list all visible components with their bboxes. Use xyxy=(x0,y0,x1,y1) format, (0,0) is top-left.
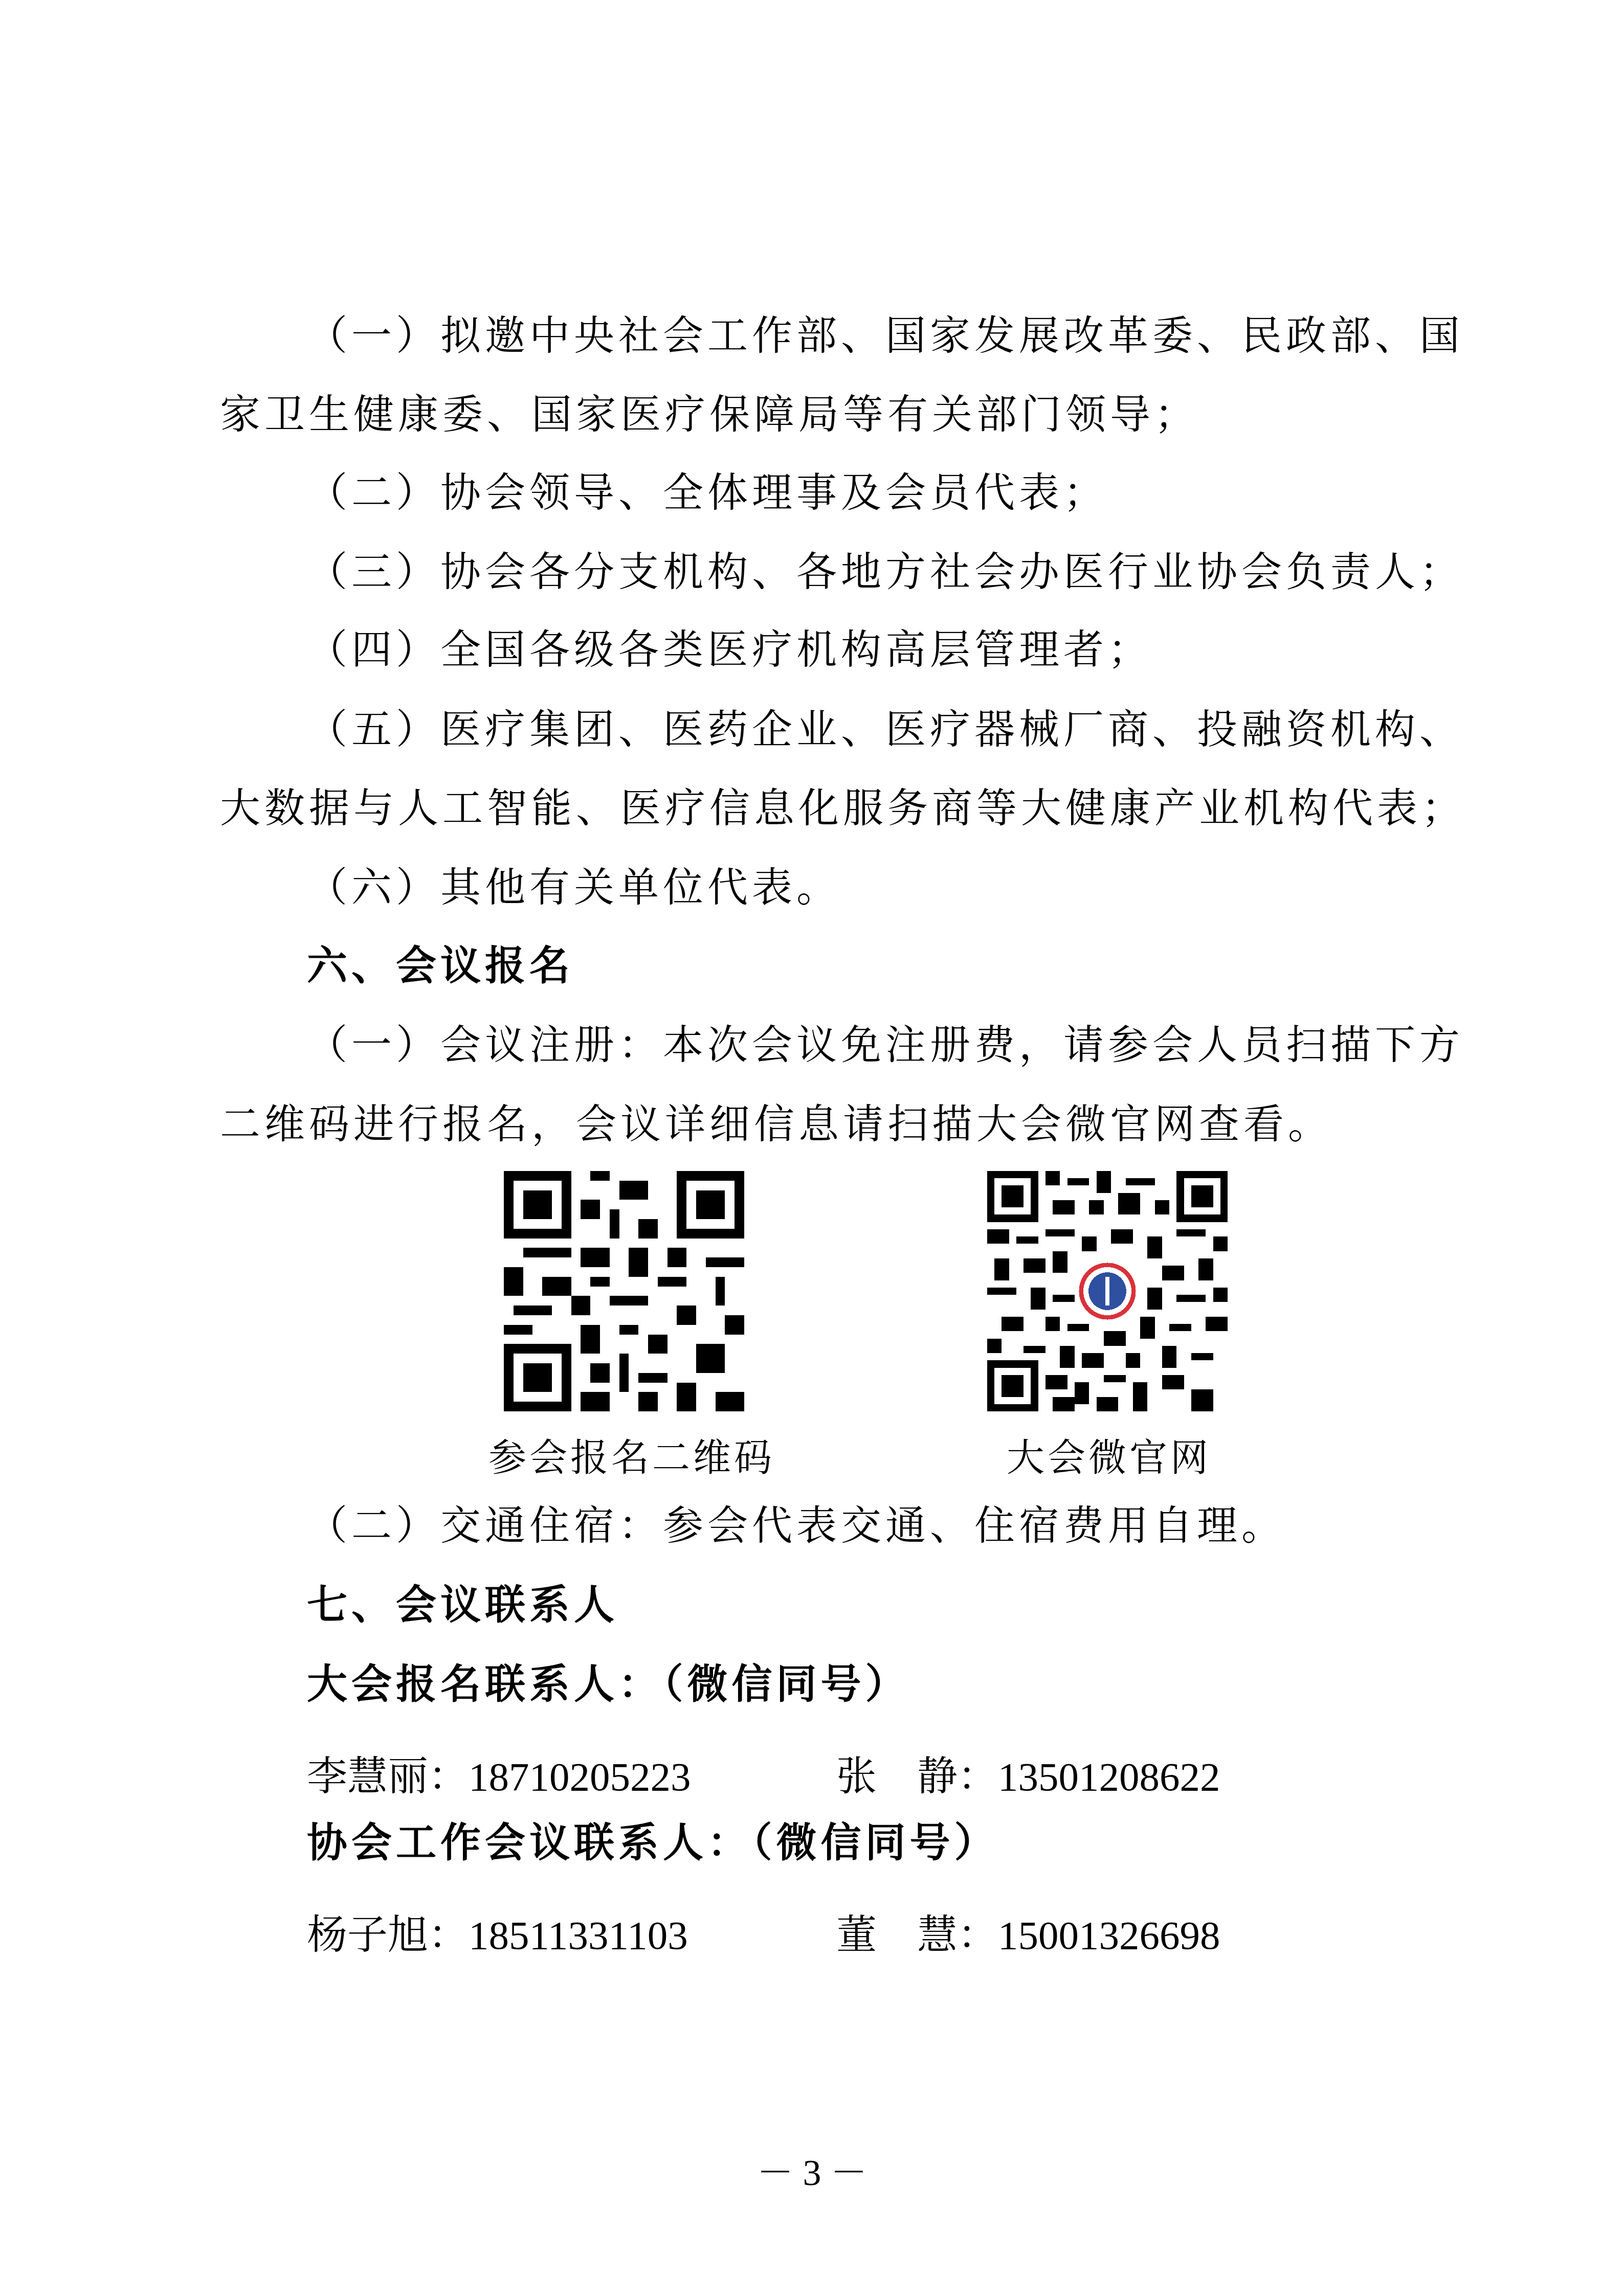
attendee-item-5-line-1: （五）医疗集团、医药企业、医疗器械厂商、投融资机构、 xyxy=(307,710,1499,750)
official-site-qr-code[interactable] xyxy=(987,1171,1228,1411)
contact-phone[interactable]: 18710205223 xyxy=(469,1755,691,1799)
registration-contacts-title: 大会报名联系人：（微信同号） xyxy=(307,1664,1499,1705)
transport-accommodation: （二）交通住宿：参会代表交通、住宿费用自理。 xyxy=(307,1506,1499,1546)
contact-phone[interactable]: 18511331103 xyxy=(469,1914,688,1958)
section-7-heading: 七、会议联系人 xyxy=(307,1585,1499,1626)
attendee-item-3: （三）协会各分支机构、各地方社会办医行业协会负责人； xyxy=(307,552,1499,593)
contact-zhang-jing: 张 静：13501208622 xyxy=(836,1744,1220,1802)
section-6-heading: 六、会议报名 xyxy=(307,946,1499,986)
attendee-item-1-line-2: 家卫生健康委、国家医疗保障局等有关部门领导； xyxy=(220,395,1412,435)
contact-phone[interactable]: 15001326698 xyxy=(998,1914,1220,1958)
attendee-item-2: （二）协会领导、全体理事及会员代表； xyxy=(307,473,1499,513)
attendee-item-6: （六）其他有关单位代表。 xyxy=(307,868,1499,908)
contact-name: 董 慧： xyxy=(836,1911,998,1959)
contact-li-huili: 李慧丽：18710205223 xyxy=(307,1744,691,1802)
contact-name: 杨子旭： xyxy=(307,1911,469,1959)
attendee-item-5-line-2: 大数据与人工智能、医疗信息化服务商等大健康产业机构代表； xyxy=(220,789,1412,829)
contact-dong-hui: 董 慧：15001326698 xyxy=(836,1902,1220,1961)
registration-qr-caption: 参会报名二维码 xyxy=(488,1428,775,1482)
page-number: － 3 － xyxy=(0,2143,1624,2196)
qr-code-icon xyxy=(504,1171,744,1411)
official-site-qr-caption: 大会微官网 xyxy=(1007,1428,1211,1482)
association-contacts-title: 协会工作会议联系人：（微信同号） xyxy=(307,1823,1499,1863)
attendee-item-1-line-1: （一）拟邀中央社会工作部、国家发展改革委、民政部、国 xyxy=(307,316,1499,356)
contact-yang-zixu: 杨子旭：18511331103 xyxy=(307,1902,688,1961)
contact-name: 张 静： xyxy=(836,1753,998,1800)
contact-name: 李慧丽： xyxy=(307,1753,469,1800)
qr-code-with-logo-icon xyxy=(987,1171,1228,1411)
registration-line-1: （一）会议注册：本次会议免注册费，请参会人员扫描下方 xyxy=(307,1025,1499,1066)
attendee-item-4: （四）全国各级各类医疗机构高层管理者； xyxy=(307,630,1499,670)
registration-line-2: 二维码进行报名，会议详细信息请扫描大会微官网查看。 xyxy=(220,1105,1412,1145)
registration-qr-code[interactable] xyxy=(504,1171,744,1411)
contact-phone[interactable]: 13501208622 xyxy=(998,1755,1220,1799)
